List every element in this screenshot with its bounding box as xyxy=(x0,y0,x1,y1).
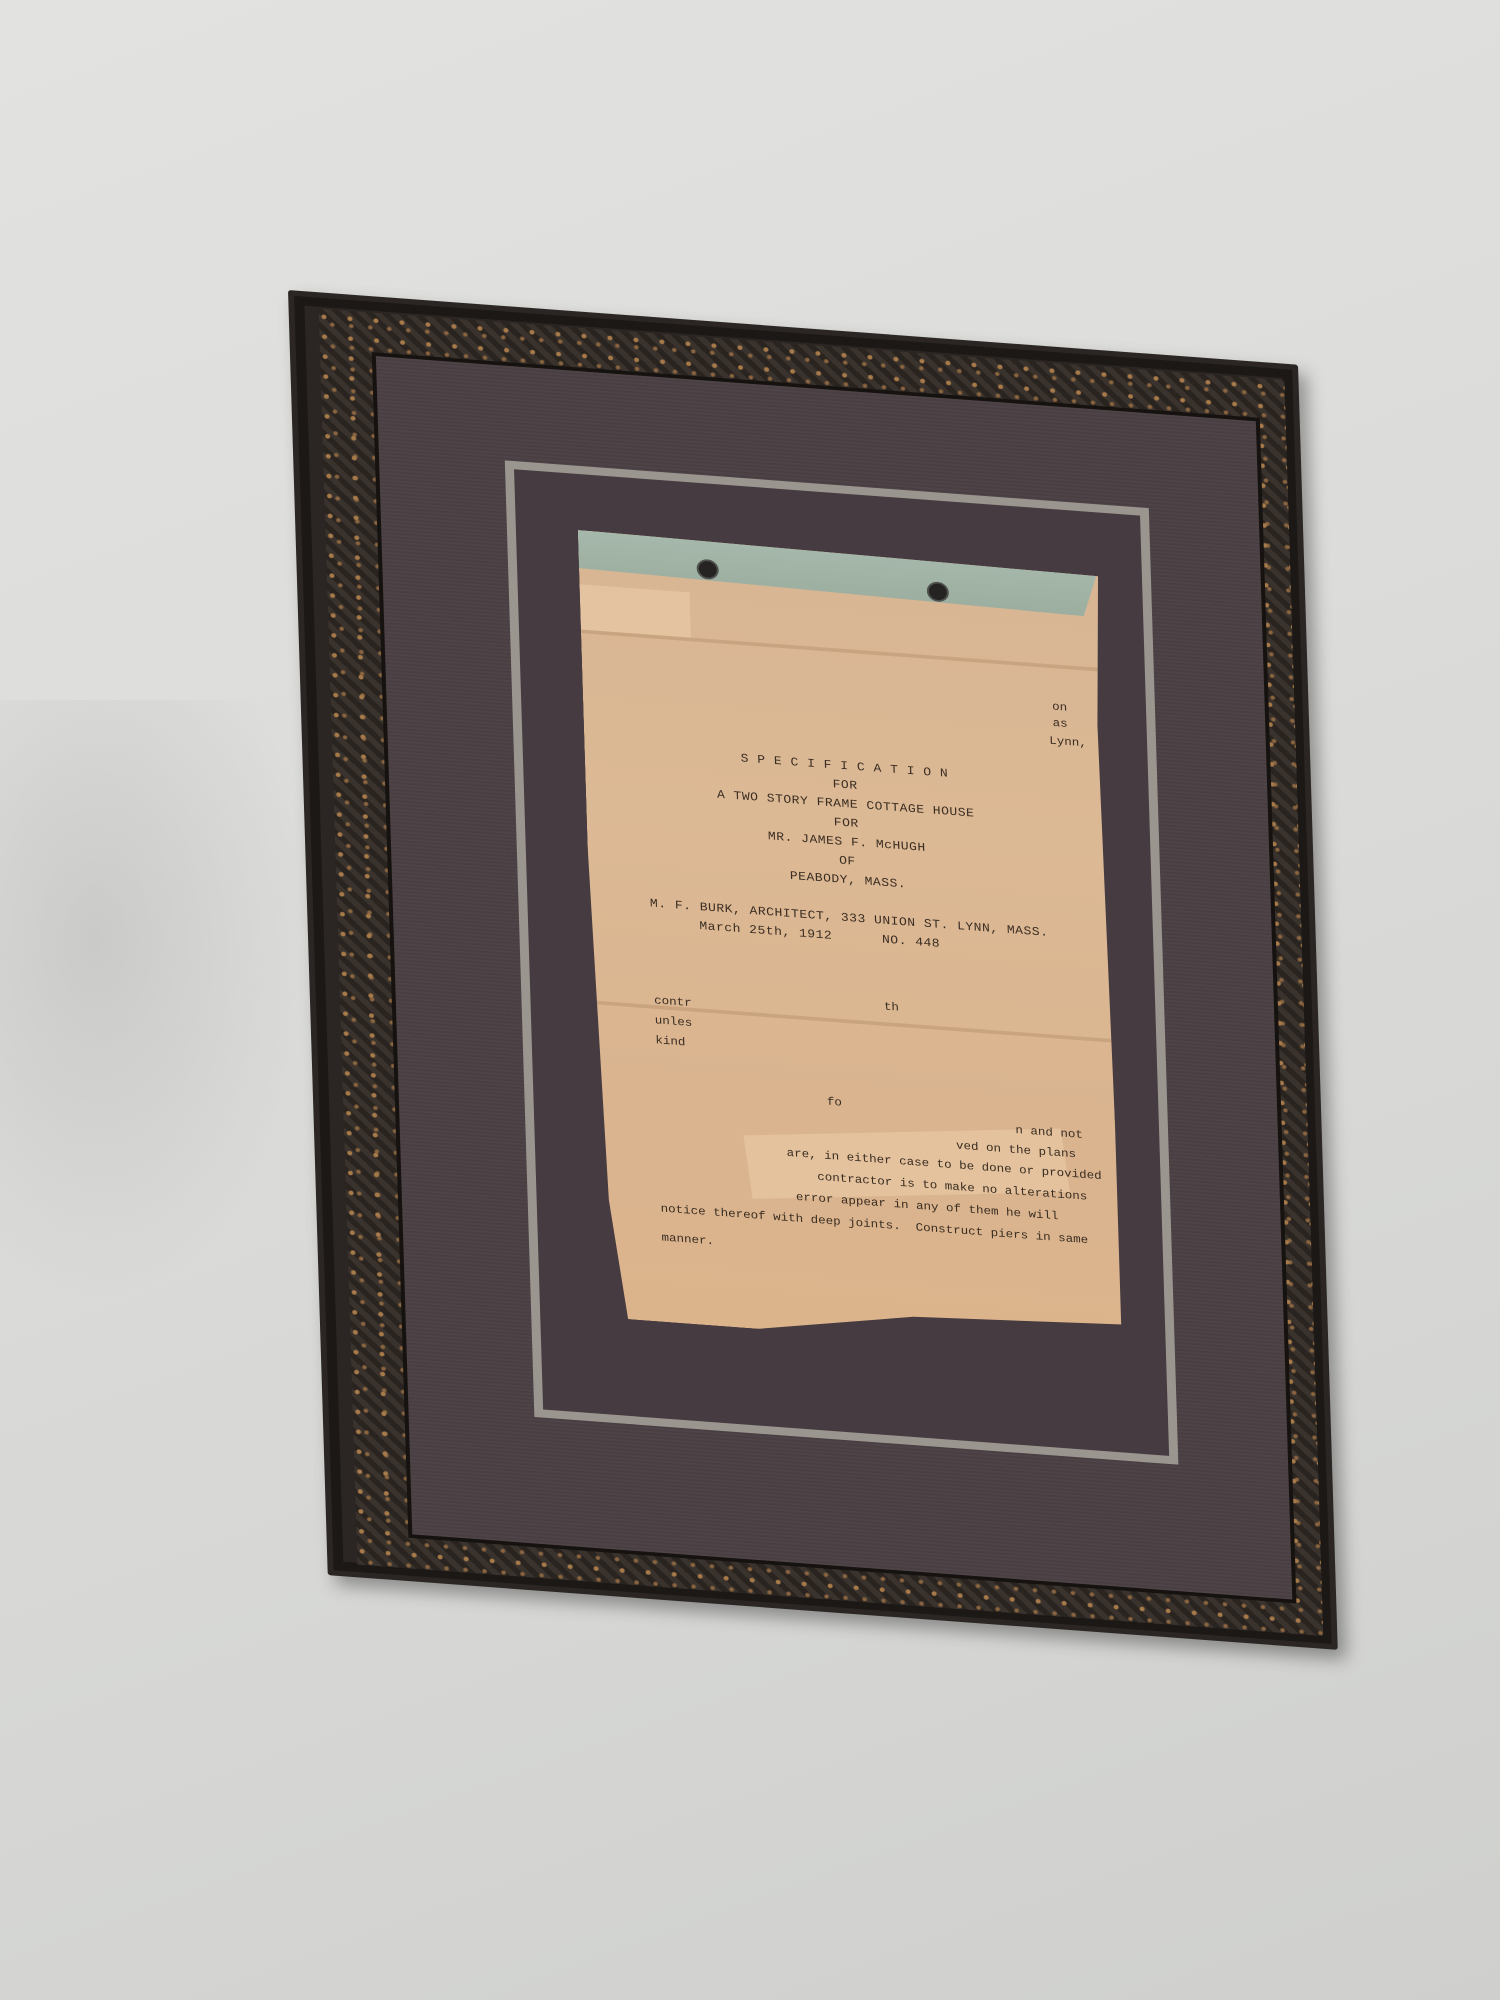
left-fragment: kind xyxy=(655,1034,685,1049)
paper-fold xyxy=(581,630,1101,672)
margin-fragment: on xyxy=(1052,700,1067,714)
left-fragment: contr xyxy=(654,994,692,1009)
binding-hole-icon xyxy=(696,559,719,581)
margin-fragment: Lynn, xyxy=(1049,735,1087,750)
photo-scene: on as Lynn, S P E C I F I C A T I O N FO… xyxy=(0,0,1500,2000)
paper-tear xyxy=(579,584,690,637)
margin-fragment: as xyxy=(1052,717,1067,731)
inner-mat-liner: on as Lynn, S P E C I F I C A T I O N FO… xyxy=(505,460,1179,1464)
paragraph-line: fo xyxy=(827,1096,842,1110)
paragraph-line: manner. xyxy=(661,1231,714,1248)
document-paper: on as Lynn, S P E C I F I C A T I O N FO… xyxy=(578,530,1122,1356)
left-fragment: unles xyxy=(655,1014,693,1029)
middle-fragment: th xyxy=(884,1000,899,1014)
binding-hole-icon xyxy=(927,581,950,603)
picture-frame: on as Lynn, S P E C I F I C A T I O N FO… xyxy=(288,290,1338,1650)
outer-mat: on as Lynn, S P E C I F I C A T I O N FO… xyxy=(376,356,1292,1599)
